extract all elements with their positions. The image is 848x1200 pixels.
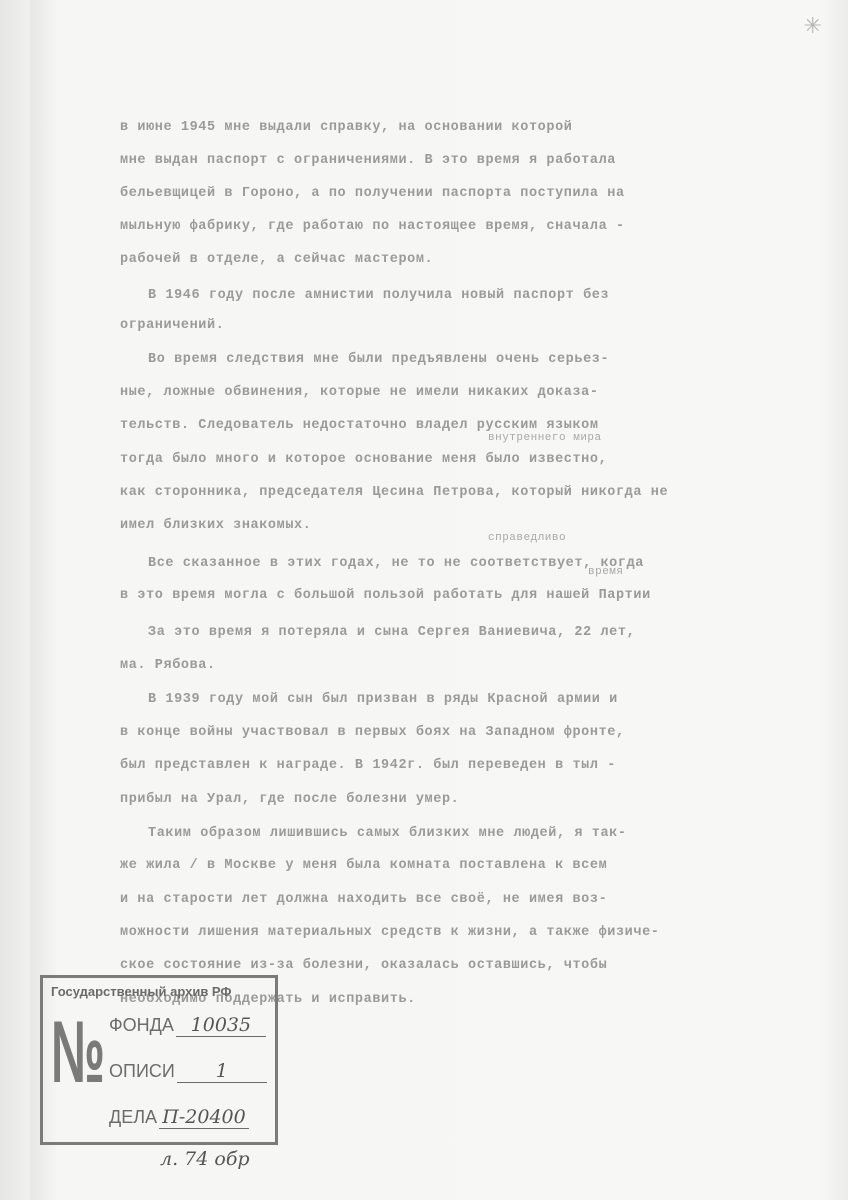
typed-line: как сторонника, председателя Цесина Петр… bbox=[120, 485, 668, 500]
corner-mark-icon: ✳ bbox=[804, 14, 822, 39]
typed-line: тельств. Следователь недостаточно владел… bbox=[120, 418, 599, 433]
typed-line: тогда было много и которое основание мен… bbox=[120, 452, 607, 467]
stamp-delo-row: ДЕЛАП-20400 bbox=[109, 1106, 249, 1129]
typed-line: рабочей в отделе, а сейчас мастером. bbox=[120, 252, 433, 267]
typed-line: был представлен к награде. В 1942г. был … bbox=[120, 758, 616, 773]
handwritten-insert: справедливо bbox=[488, 532, 566, 544]
opis-label: ОПИСИ bbox=[109, 1061, 175, 1081]
typed-line: В 1946 году после амнистии получила новы… bbox=[148, 288, 609, 303]
fond-value: 10035 bbox=[176, 1014, 266, 1037]
typed-line: Во время следствия мне были предъявлены … bbox=[148, 352, 609, 367]
archive-stamp: Государственный архив РФ № ФОНДА10035 ОП… bbox=[40, 975, 278, 1145]
typed-line: же жила / в Москве у меня была комната п… bbox=[120, 858, 607, 873]
number-sign: № bbox=[51, 1008, 105, 1096]
typed-line: Таким образом лишившись самых близких мн… bbox=[148, 826, 627, 841]
typed-line: В 1939 году мой сын был призван в ряды К… bbox=[148, 692, 618, 707]
typed-line: в конце войны участвовал в первых боях н… bbox=[120, 725, 625, 740]
typed-line: и на старости лет должна находить все св… bbox=[120, 892, 607, 907]
typed-line: в это время могла с большой пользой рабо… bbox=[120, 588, 651, 603]
delo-label: ДЕЛА bbox=[109, 1107, 157, 1127]
stamp-opis-row: ОПИСИ1 bbox=[109, 1060, 267, 1083]
typed-line: мне выдан паспорт с ограничениями. В это… bbox=[120, 153, 616, 168]
typed-line: в июне 1945 мне выдали справку, на основ… bbox=[120, 120, 572, 135]
delo-value: П-20400 bbox=[159, 1106, 249, 1129]
typed-line: ограничений. bbox=[120, 318, 224, 333]
typed-line: ское состояние из-за болезни, оказалась … bbox=[120, 958, 607, 973]
fond-label: ФОНДА bbox=[109, 1015, 174, 1035]
typed-line: Все сказанное в этих годах, не то не соо… bbox=[148, 556, 644, 571]
typed-line: имел близких знакомых. bbox=[120, 518, 311, 533]
stamp-fond-row: ФОНДА10035 bbox=[109, 1014, 266, 1037]
typed-line: бельевщицей в Гороно, а по получении пас… bbox=[120, 186, 625, 201]
opis-value: 1 bbox=[177, 1060, 267, 1083]
typed-line: ма. Рябова. bbox=[120, 658, 216, 673]
sheet-number-note: л. 74 обр bbox=[160, 1148, 250, 1170]
typed-line: За это время я потеряла и сына Сергея Ва… bbox=[148, 625, 635, 640]
typed-line: мыльную фабрику, где работаю по настояще… bbox=[120, 219, 625, 234]
typed-line: ные, ложные обвинения, которые не имели … bbox=[120, 385, 599, 400]
typed-line: прибыл на Урал, где после болезни умер. bbox=[120, 792, 459, 807]
document-page: ✳ в июне 1945 мне выдали справку, на осн… bbox=[0, 0, 848, 1200]
stamp-title: Государственный архив РФ bbox=[51, 984, 232, 999]
handwritten-insert: внутреннего мира bbox=[488, 432, 602, 444]
handwritten-insert: время bbox=[588, 566, 624, 578]
typed-line: можности лишения материальных средств к … bbox=[120, 925, 659, 940]
